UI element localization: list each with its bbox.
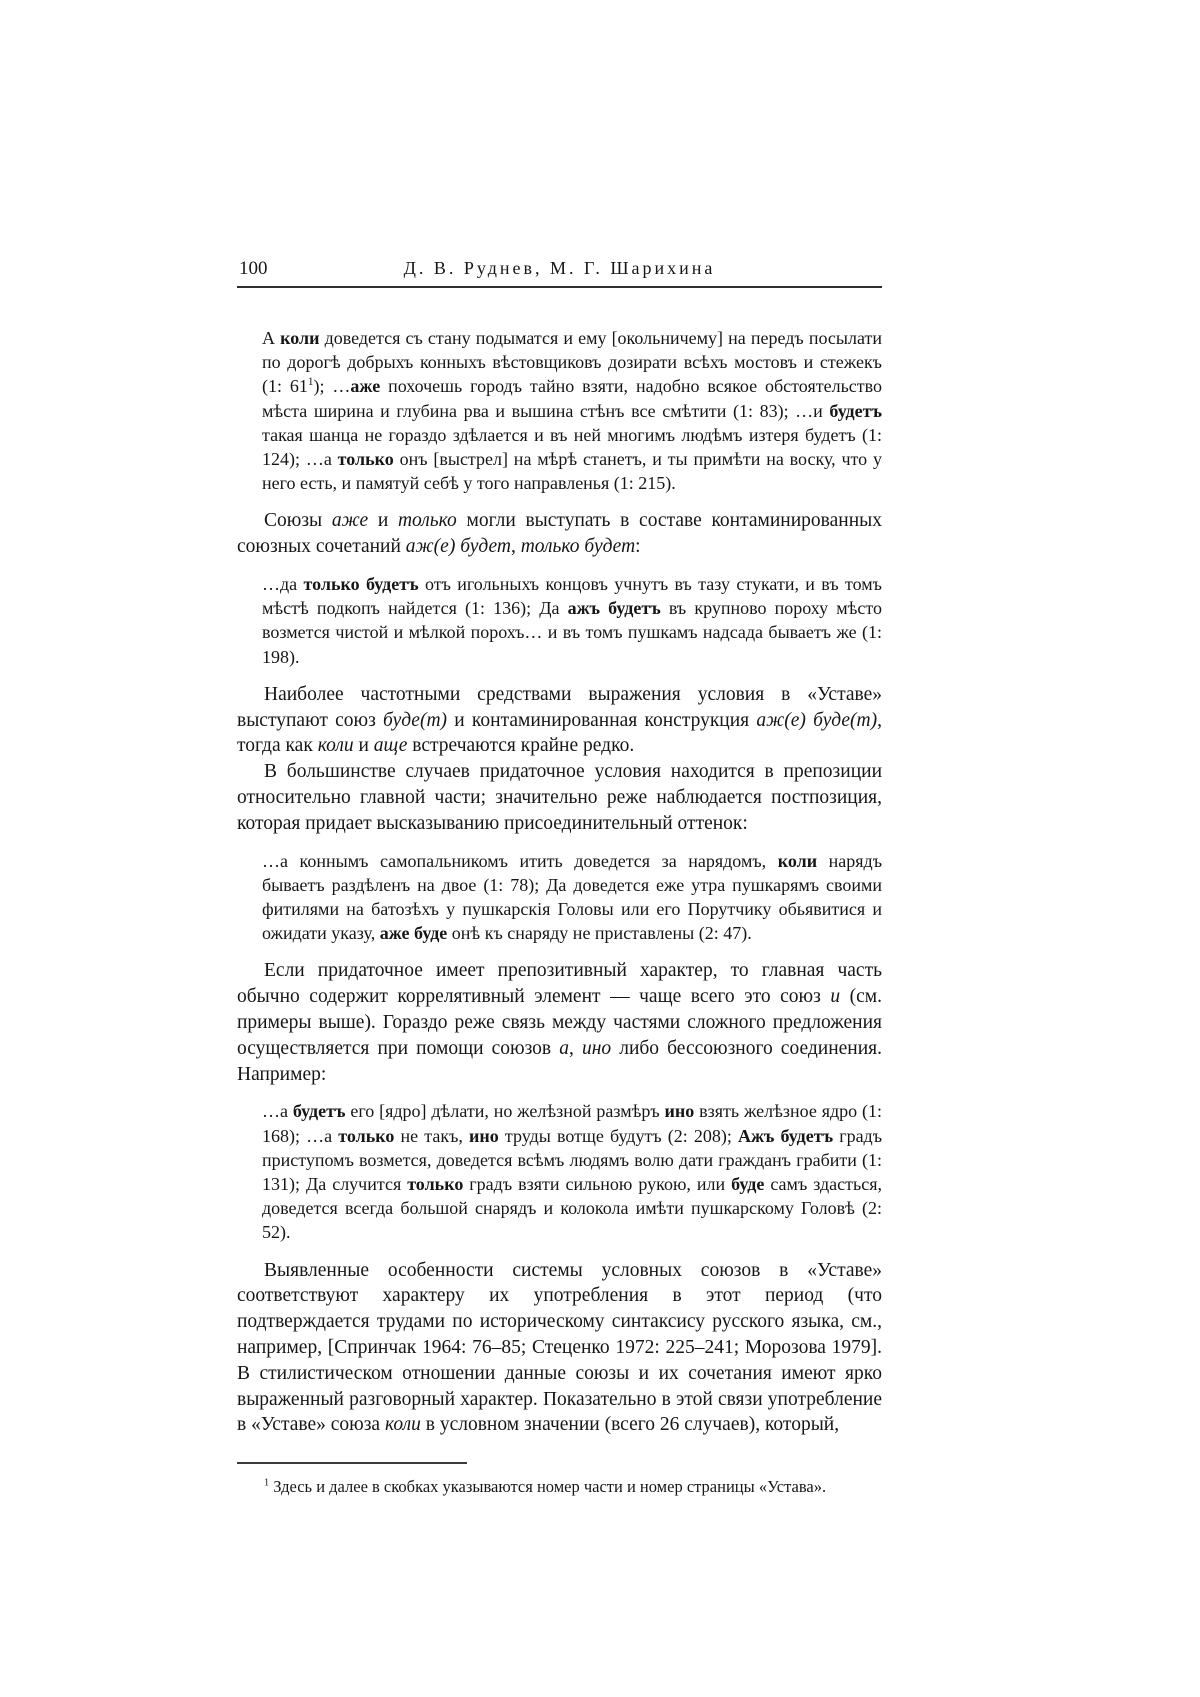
text-run: и xyxy=(354,735,374,756)
text-run: буде xyxy=(731,1174,764,1194)
text-run: : xyxy=(635,536,640,557)
footnote-area: 1 Здесь и далее в скобках указываются но… xyxy=(237,1462,882,1498)
paragraph-4: Если придаточное имеет препозитивный хар… xyxy=(237,958,882,1087)
text-run: встречаются крайне редко. xyxy=(407,735,634,756)
quote-block-1: А коли доведется съ стану подыматся и ем… xyxy=(262,326,882,495)
text-run: и контаминированная конструкция xyxy=(447,710,756,731)
text-run: и xyxy=(368,510,398,531)
text-run: А xyxy=(262,328,280,348)
text-run: в условном значении (всего 26 случаев), … xyxy=(421,1414,839,1435)
text-run: не такъ, xyxy=(394,1126,469,1146)
text-run: …а xyxy=(262,1101,293,1121)
paragraph-2: Наиболее частотными средствами выражения… xyxy=(237,682,882,759)
text-run: только будет xyxy=(521,536,635,557)
text-column: 100 Д. В. Руднев, М. Г. Шарихина А коли … xyxy=(237,258,882,1498)
paragraph-1: Союзы аже и только могли выступать в сос… xyxy=(237,508,882,560)
text-run: онѣ къ снаряду не приставлены (2: 47). xyxy=(447,923,751,943)
text-run: Союзы xyxy=(264,510,332,531)
document-page: 100 Д. В. Руднев, М. Г. Шарихина А коли … xyxy=(0,0,1200,1697)
running-head-authors: Д. В. Руднев, М. Г. Шарихина xyxy=(237,258,882,279)
text-run: ино xyxy=(582,1038,611,1059)
quote-block-4: …а будетъ его [ядро] дѣлати, но желѣзной… xyxy=(262,1099,882,1244)
footnote-text: Здесь и далее в скобках указываются номе… xyxy=(269,1477,826,1496)
quote-block-3: …а коннымъ самопальникомъ итить доведетс… xyxy=(262,849,882,946)
text-run: ); … xyxy=(313,376,350,396)
text-run: коли xyxy=(385,1414,421,1435)
text-run: коли xyxy=(280,328,319,348)
text-run: аже xyxy=(350,376,380,396)
page-body: А коли доведется съ стану подыматся и ем… xyxy=(237,288,882,1438)
text-run: только xyxy=(338,1126,394,1146)
text-run: В большинстве случаев придаточное услови… xyxy=(237,761,882,834)
text-run: только xyxy=(398,510,457,531)
running-header: 100 Д. В. Руднев, М. Г. Шарихина xyxy=(237,258,882,288)
text-run: Ажъ будетъ xyxy=(738,1126,833,1146)
text-run: аще xyxy=(374,735,408,756)
text-run: Выявленные особенности системы условных … xyxy=(237,1260,882,1436)
text-run: ино xyxy=(665,1101,695,1121)
text-run: а xyxy=(559,1038,569,1059)
footnote-separator-rule xyxy=(237,1462,467,1464)
text-run: , xyxy=(569,1038,582,1059)
text-run: аже буде xyxy=(380,923,448,943)
text-run: ажъ будетъ xyxy=(568,598,661,618)
text-run: …а коннымъ самопальникомъ итить доведетс… xyxy=(262,851,778,871)
footnote: 1 Здесь и далее в скобках указываются но… xyxy=(237,1476,882,1498)
text-run: аж(е) буде(т) xyxy=(756,710,877,731)
page-number: 100 xyxy=(239,258,268,280)
text-run: аж(е) будет xyxy=(406,536,511,557)
text-run: ино xyxy=(469,1126,499,1146)
text-run: буде(т) xyxy=(383,710,447,731)
text-run: будетъ xyxy=(293,1101,346,1121)
text-run: будетъ xyxy=(829,401,882,421)
paragraph-5: Выявленные особенности системы условных … xyxy=(237,1258,882,1439)
text-run: коли xyxy=(318,735,354,756)
text-run: , xyxy=(511,536,521,557)
text-run: только будетъ xyxy=(304,574,419,594)
text-run: и xyxy=(830,986,840,1007)
text-run: аже xyxy=(332,510,368,531)
text-run: труды вотще будутъ (2: 208); xyxy=(499,1126,738,1146)
text-run: коли xyxy=(778,851,817,871)
text-run: только xyxy=(338,449,394,469)
text-run: только xyxy=(407,1174,463,1194)
text-run: его [ядро] дѣлати, но желѣзной размѣръ xyxy=(345,1101,664,1121)
text-run: Если придаточное имеет препозитивный хар… xyxy=(237,960,882,1007)
text-run: …да xyxy=(262,574,304,594)
paragraph-3: В большинстве случаев придаточное услови… xyxy=(237,759,882,836)
quote-block-2: …да только будетъ отъ игольныхъ концовъ … xyxy=(262,572,882,669)
text-run: градъ взяти сильною рукою, или xyxy=(463,1174,731,1194)
